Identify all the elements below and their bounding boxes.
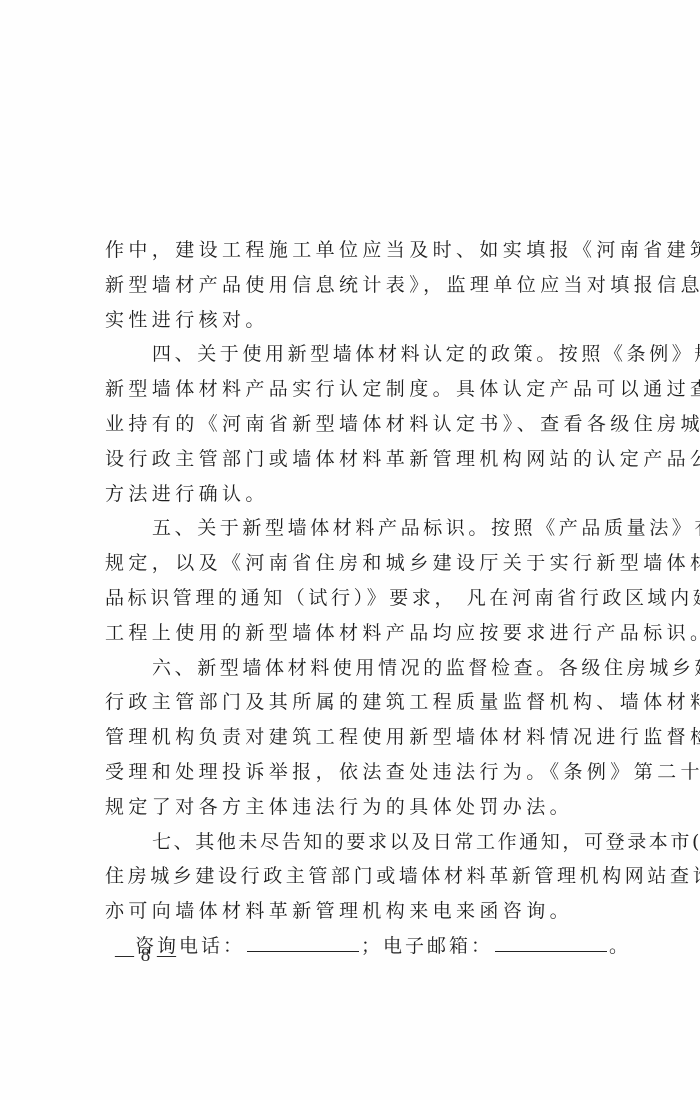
text-line: 规定，以及《河南省住房和城乡建设厅关于实行新型墙体材料产 bbox=[105, 546, 605, 581]
text-line: 工程上使用的新型墙体材料产品均应按要求进行产品标识。 bbox=[105, 616, 605, 651]
text-line: 行政主管部门及其所属的建筑工程质量监督机构、墙体材料革新 bbox=[105, 685, 605, 720]
text-line: 业持有的《河南省新型墙体材料认定书》、查看各级住房城乡建 bbox=[105, 407, 605, 442]
email-label: 电子邮箱： bbox=[383, 935, 493, 957]
contact-line: 咨询电话：；电子邮箱：。 bbox=[105, 929, 605, 964]
contact-separator: ； bbox=[361, 935, 383, 957]
section-five-heading-line: 五、关于新型墙体材料产品标识。按照《产品质量法》有关 bbox=[105, 511, 605, 546]
text-line: 亦可向墙体材料革新管理机构来电来函咨询。 bbox=[105, 894, 605, 929]
text-line: 规定了对各方主体违法行为的具体处罚办法。 bbox=[105, 790, 605, 825]
email-blank bbox=[495, 929, 607, 952]
text-line: 方法进行确认。 bbox=[105, 477, 605, 512]
section-seven-heading-line: 七、其他未尽告知的要求以及日常工作通知，可登录本市(县) bbox=[105, 825, 605, 860]
text-line: 管理机构负责对建筑工程使用新型墙体材料情况进行监督检查， bbox=[105, 720, 605, 755]
contact-end-mark: 。 bbox=[609, 935, 631, 957]
text-line: 设行政主管部门或墙体材料革新管理机构网站的认定产品公示等 bbox=[105, 442, 605, 477]
document-body: 作中，建设工程施工单位应当及时、如实填报《河南省建筑工程 新型墙材产品使用信息统… bbox=[105, 233, 605, 964]
section-four-heading-line: 四、关于使用新型墙体材料认定的政策。按照《条例》规定， bbox=[105, 337, 605, 372]
page-number: — 8 — bbox=[115, 945, 177, 967]
phone-blank bbox=[247, 929, 359, 952]
text-line: 住房城乡建设行政主管部门或墙体材料革新管理机构网站查询， bbox=[105, 859, 605, 894]
text-line: 新型墙材产品使用信息统计表》，监理单位应当对填报信息的真 bbox=[105, 268, 605, 303]
section-six-heading-line: 六、新型墙体材料使用情况的监督检查。各级住房城乡建设 bbox=[105, 651, 605, 686]
text-line: 品标识管理的通知（试行）》要求， 凡在河南省行政区域内建筑 bbox=[105, 581, 605, 616]
text-line: 作中，建设工程施工单位应当及时、如实填报《河南省建筑工程 bbox=[105, 233, 605, 268]
document-page: 作中，建设工程施工单位应当及时、如实填报《河南省建筑工程 新型墙材产品使用信息统… bbox=[0, 0, 700, 1100]
text-line: 实性进行核对。 bbox=[105, 303, 605, 338]
text-line: 受理和处理投诉举报，依法查处违法行为。《条例》第二十八条 bbox=[105, 755, 605, 790]
text-line: 新型墙体材料产品实行认定制度。具体认定产品可以通过查验企 bbox=[105, 372, 605, 407]
